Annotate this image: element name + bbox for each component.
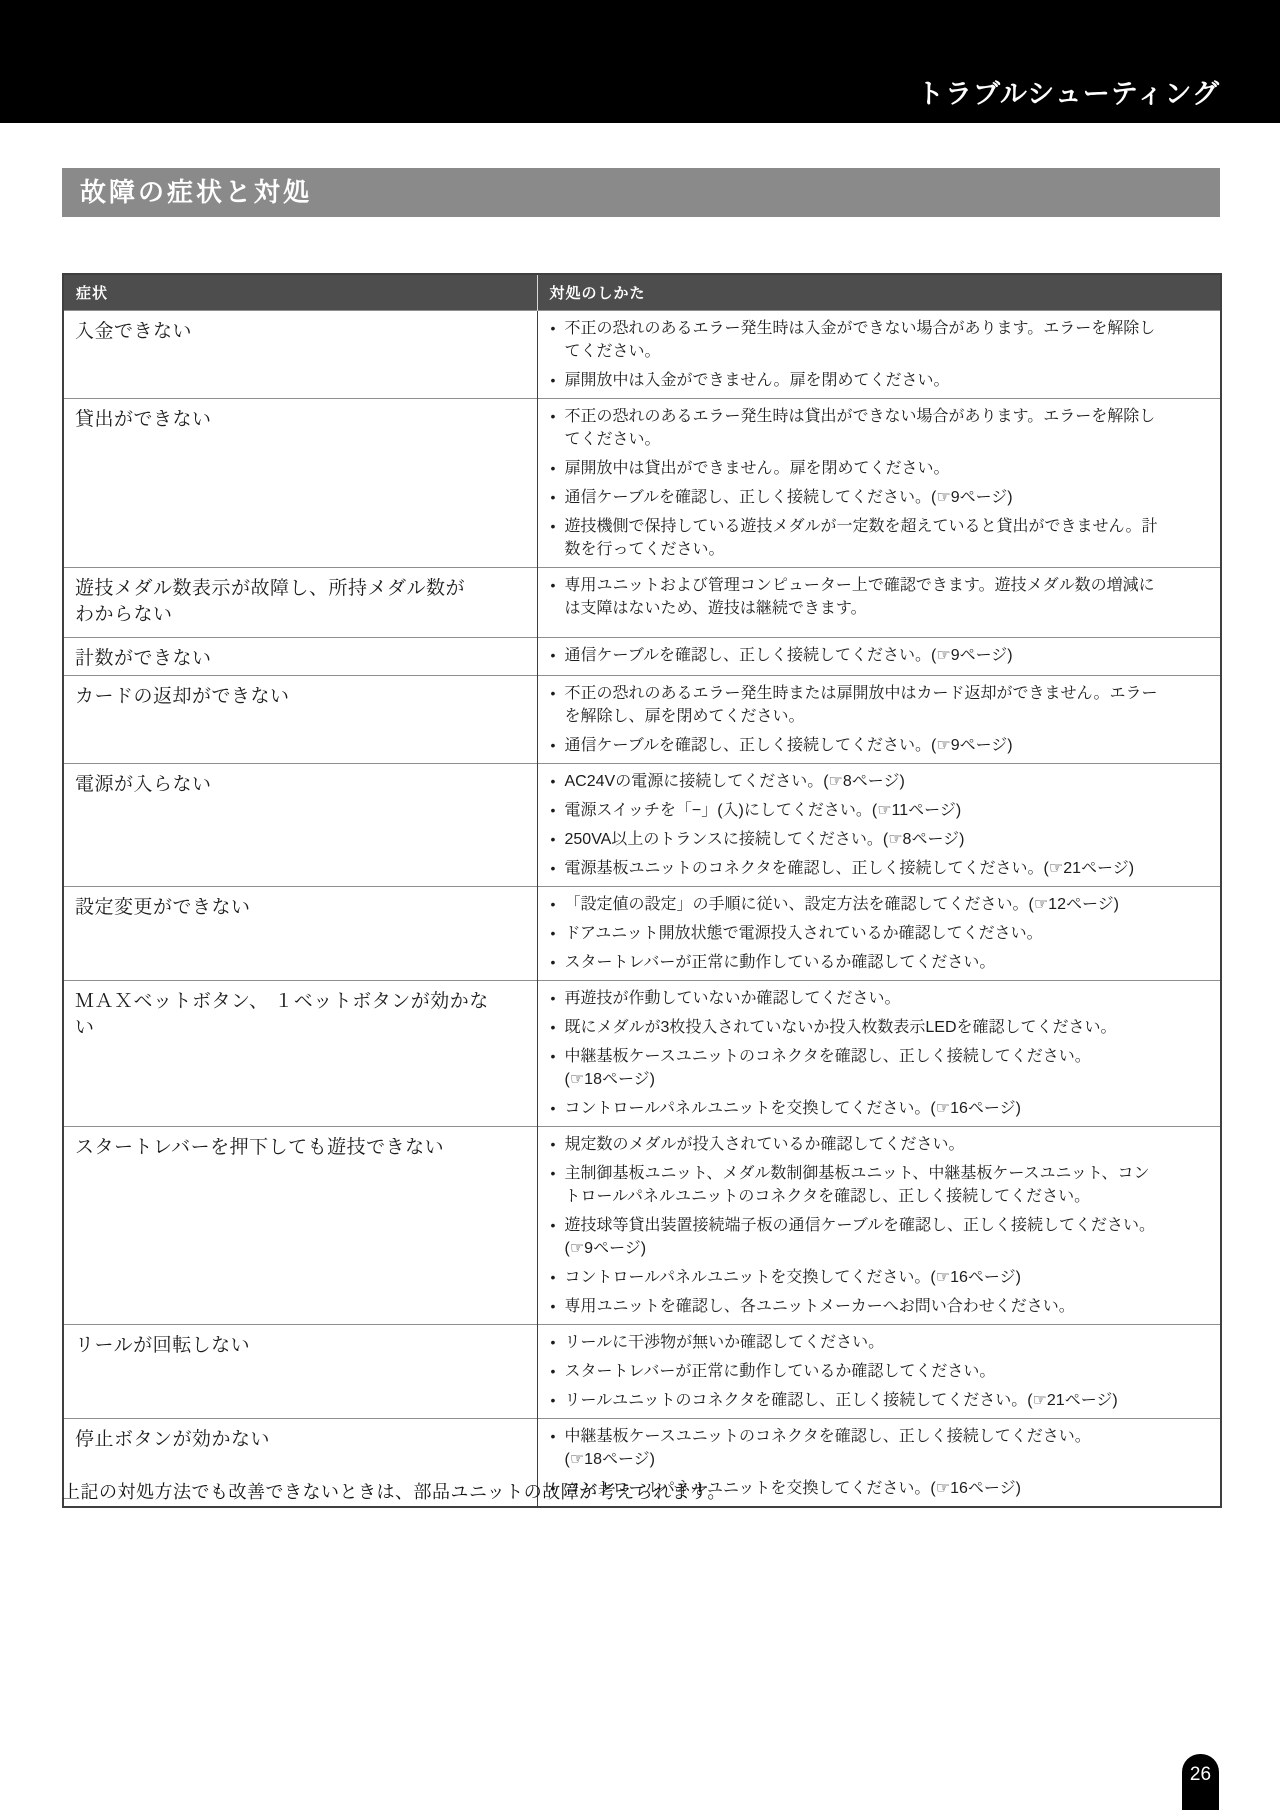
bullet-dot-icon: • [551,405,565,428]
bullet-dot-icon: • [551,1097,565,1120]
bullet-dot-icon: • [551,574,565,597]
bullet-text: 不正の恐れのあるエラー発生時または扉開放中はカード返却ができません。エラー を解… [565,682,1158,728]
bullet-dot-icon: • [551,1045,565,1068]
table-row: 入金できない•不正の恐れのあるエラー発生時は入金ができない場合があります。エラー… [63,311,1221,399]
bullet-text: 中継基板ケースユニットのコネクタを確認し、正しく接続してください。 (☞18ペー… [565,1425,1091,1471]
bullet-text: スタートレバーが正常に動作しているか確認してください。 [565,1360,996,1383]
page-title: トラブルシューティング [917,72,1220,111]
bullet-item: •専用ユニットを確認し、各ユニットメーカーへお問い合わせください。 [551,1295,1213,1318]
bullet-text: 不正の恐れのあるエラー発生時は貸出ができない場合があります。エラーを解除し てく… [565,405,1156,451]
bullet-item: •通信ケーブルを確認し、正しく接続してください。(☞9ページ) [551,486,1213,509]
page-number-tab: 26 [1182,1754,1219,1810]
remedy-cell: •不正の恐れのあるエラー発生時は貸出ができない場合があります。エラーを解除し て… [537,399,1221,568]
bullet-text: AC24Vの電源に接続してください。(☞8ページ) [565,770,905,793]
remedy-cell: •再遊技が作動していないか確認してください。•既にメダルが3枚投入されていないか… [537,981,1221,1127]
bullet-dot-icon: • [551,922,565,945]
symptom-column-header: 症状 [63,274,537,311]
bullet-dot-icon: • [551,828,565,851]
bullet-text: 専用ユニットを確認し、各ユニットメーカーへお問い合わせください。 [565,1295,1075,1318]
bullet-item: •遊技機側で保持している遊技メダルが一定数を超えていると貸出ができません。計 数… [551,515,1213,561]
bullet-text: ドアユニット開放状態で電源投入されているか確認してください。 [565,922,1043,945]
symptom-cell: カードの返却ができない [63,676,537,764]
bullet-text: 遊技球等貸出装置接続端子板の通信ケーブルを確認し、正しく接続してください。 (☞… [565,1214,1156,1260]
bullet-text: 既にメダルが3枚投入されていないか投入枚数表示LEDを確認してください。 [565,1016,1117,1039]
table-row: リールが回転しない•リールに干渉物が無いか確認してください。•スタートレバーが正… [63,1325,1221,1419]
bullet-item: •「設定値の設定」の手順に従い、設定方法を確認してください。(☞12ページ) [551,893,1213,916]
bullet-dot-icon: • [551,893,565,916]
bullet-dot-icon: • [551,770,565,793]
table-row: 電源が入らない•AC24Vの電源に接続してください。(☞8ページ)•電源スイッチ… [63,764,1221,887]
remedy-cell: •不正の恐れのあるエラー発生時は入金ができない場合があります。エラーを解除し て… [537,311,1221,399]
bullet-text: 250VA以上のトランスに接続してください。(☞8ページ) [565,828,965,851]
bullet-item: •通信ケーブルを確認し、正しく接続してください。(☞9ページ) [551,734,1213,757]
bullet-text: 扉開放中は入金ができません。扉を閉めてください。 [565,369,950,392]
symptom-cell: 遊技メダル数表示が故障し、所持メダル数が わからない [63,568,537,638]
bullet-text: 電源スイッチを「−」(入)にしてください。(☞11ページ) [565,799,962,822]
symptom-cell: リールが回転しない [63,1325,537,1419]
bullet-item: •通信ケーブルを確認し、正しく接続してください。(☞9ページ) [551,644,1213,667]
table-row: カードの返却ができない•不正の恐れのあるエラー発生時または扉開放中はカード返却が… [63,676,1221,764]
bullet-text: 規定数のメダルが投入されているか確認してください。 [565,1133,965,1156]
bullet-dot-icon: • [551,1295,565,1318]
symptom-cell: 貸出ができない [63,399,537,568]
bullet-item: •リールユニットのコネクタを確認し、正しく接続してください。(☞21ページ) [551,1389,1213,1412]
bullet-dot-icon: • [551,1331,565,1354]
bullet-dot-icon: • [551,1162,565,1185]
bullet-item: •扉開放中は入金ができません。扉を閉めてください。 [551,369,1213,392]
symptom-cell: スタートレバーを押下しても遊技できない [63,1127,537,1325]
bullet-item: •電源スイッチを「−」(入)にしてください。(☞11ページ) [551,799,1213,822]
manual-page: トラブルシューティング 故障の症状と対処 症状 対処のしかた 入金できない•不正… [0,0,1280,1810]
bullet-item: •再遊技が作動していないか確認してください。 [551,987,1213,1010]
remedy-cell: •専用ユニットおよび管理コンピューター上で確認できます。遊技メダル数の増減に は… [537,568,1221,638]
bullet-dot-icon: • [551,1360,565,1383]
bullet-item: •規定数のメダルが投入されているか確認してください。 [551,1133,1213,1156]
bullet-item: •中継基板ケースユニットのコネクタを確認し、正しく接続してください。 (☞18ペ… [551,1425,1213,1471]
bullet-dot-icon: • [551,682,565,705]
bullet-dot-icon: • [551,951,565,974]
bullet-item: •不正の恐れのあるエラー発生時または扉開放中はカード返却ができません。エラー を… [551,682,1213,728]
bullet-dot-icon: • [551,317,565,340]
bullet-item: •コントロールパネルユニットを交換してください。(☞16ページ) [551,1097,1213,1120]
bullet-text: 中継基板ケースユニットのコネクタを確認し、正しく接続してください。 (☞18ペー… [565,1045,1091,1091]
bullet-item: •コントロールパネルユニットを交換してください。(☞16ページ) [551,1266,1213,1289]
symptom-cell: 入金できない [63,311,537,399]
bullet-item: •不正の恐れのあるエラー発生時は入金ができない場合があります。エラーを解除し て… [551,317,1213,363]
footer-note: 上記の対処方法でも改善できないときは、部品ユニットの故障が考えられます。 [62,1478,726,1504]
section-header-bar: 故障の症状と対処 [62,168,1220,217]
bullet-dot-icon: • [551,734,565,757]
bullet-text: 遊技機側で保持している遊技メダルが一定数を超えていると貸出ができません。計 数を… [565,515,1158,561]
table-row: 設定変更ができない•「設定値の設定」の手順に従い、設定方法を確認してください。(… [63,887,1221,981]
bullet-text: スタートレバーが正常に動作しているか確認してください。 [565,951,996,974]
bullet-item: •扉開放中は貸出ができません。扉を閉めてください。 [551,457,1213,480]
bullet-item: •ドアユニット開放状態で電源投入されているか確認してください。 [551,922,1213,945]
symptom-cell: 電源が入らない [63,764,537,887]
remedy-cell: •通信ケーブルを確認し、正しく接続してください。(☞9ページ) [537,638,1221,676]
bullet-text: 「設定値の設定」の手順に従い、設定方法を確認してください。(☞12ページ) [565,893,1119,916]
bullet-dot-icon: • [551,515,565,538]
bullet-dot-icon: • [551,369,565,392]
bullet-text: コントロールパネルユニットを交換してください。(☞16ページ) [565,1266,1021,1289]
bullet-item: •スタートレバーが正常に動作しているか確認してください。 [551,951,1213,974]
remedy-column-header: 対処のしかた [537,274,1221,311]
table-row: 計数ができない•通信ケーブルを確認し、正しく接続してください。(☞9ページ) [63,638,1221,676]
remedy-cell: •リールに干渉物が無いか確認してください。•スタートレバーが正常に動作しているか… [537,1325,1221,1419]
bullet-dot-icon: • [551,1016,565,1039]
bullet-text: 電源基板ユニットのコネクタを確認し、正しく接続してください。(☞21ページ) [565,857,1135,880]
bullet-item: •遊技球等貸出装置接続端子板の通信ケーブルを確認し、正しく接続してください。 (… [551,1214,1213,1260]
table-row: スタートレバーを押下しても遊技できない•規定数のメダルが投入されているか確認して… [63,1127,1221,1325]
symptom-cell: 設定変更ができない [63,887,537,981]
bullet-item: •AC24Vの電源に接続してください。(☞8ページ) [551,770,1213,793]
bullet-dot-icon: • [551,1425,565,1448]
table-row: 貸出ができない•不正の恐れのあるエラー発生時は貸出ができない場合があります。エラ… [63,399,1221,568]
remedy-cell: •不正の恐れのあるエラー発生時または扉開放中はカード返却ができません。エラー を… [537,676,1221,764]
bullet-item: •主制御基板ユニット、メダル数制御基板ユニット、中継基板ケースユニット、コン ト… [551,1162,1213,1208]
bullet-text: コントロールパネルユニットを交換してください。(☞16ページ) [565,1097,1021,1120]
bullet-text: 通信ケーブルを確認し、正しく接続してください。(☞9ページ) [565,486,1013,509]
bullet-item: •既にメダルが3枚投入されていないか投入枚数表示LEDを確認してください。 [551,1016,1213,1039]
bullet-dot-icon: • [551,1266,565,1289]
bullet-item: •リールに干渉物が無いか確認してください。 [551,1331,1213,1354]
bullet-text: リールユニットのコネクタを確認し、正しく接続してください。(☞21ページ) [565,1389,1118,1412]
table-header-row: 症状 対処のしかた [63,274,1221,311]
bullet-text: 専用ユニットおよび管理コンピューター上で確認できます。遊技メダル数の増減に は支… [565,574,1155,620]
remedy-cell: •AC24Vの電源に接続してください。(☞8ページ)•電源スイッチを「−」(入)… [537,764,1221,887]
top-black-band: トラブルシューティング [0,0,1280,123]
table-row: ＭＡＸベットボタン、 １ベットボタンが効かな い•再遊技が作動していないか確認し… [63,981,1221,1127]
table-row: 遊技メダル数表示が故障し、所持メダル数が わからない•専用ユニットおよび管理コン… [63,568,1221,638]
bullet-dot-icon: • [551,799,565,822]
bullet-text: 不正の恐れのあるエラー発生時は入金ができない場合があります。エラーを解除し てく… [565,317,1156,363]
bullet-item: •専用ユニットおよび管理コンピューター上で確認できます。遊技メダル数の増減に は… [551,574,1213,620]
section-title: 故障の症状と対処 [62,168,1220,217]
page-number: 26 [1182,1765,1219,1785]
bullet-dot-icon: • [551,1133,565,1156]
bullet-dot-icon: • [551,1214,565,1237]
remedy-cell: •「設定値の設定」の手順に従い、設定方法を確認してください。(☞12ページ)•ド… [537,887,1221,981]
symptom-cell: ＭＡＸベットボタン、 １ベットボタンが効かな い [63,981,537,1127]
troubleshooting-table: 症状 対処のしかた 入金できない•不正の恐れのあるエラー発生時は入金ができない場… [62,273,1222,1508]
bullet-dot-icon: • [551,644,565,667]
bullet-item: •不正の恐れのあるエラー発生時は貸出ができない場合があります。エラーを解除し て… [551,405,1213,451]
bullet-text: リールに干渉物が無いか確認してください。 [565,1331,885,1354]
bullet-text: 主制御基板ユニット、メダル数制御基板ユニット、中継基板ケースユニット、コン トロ… [565,1162,1150,1208]
bullet-item: •中継基板ケースユニットのコネクタを確認し、正しく接続してください。 (☞18ペ… [551,1045,1213,1091]
bullet-dot-icon: • [551,486,565,509]
symptom-cell: 計数ができない [63,638,537,676]
bullet-item: •電源基板ユニットのコネクタを確認し、正しく接続してください。(☞21ページ) [551,857,1213,880]
remedy-cell: •規定数のメダルが投入されているか確認してください。•主制御基板ユニット、メダル… [537,1127,1221,1325]
bullet-dot-icon: • [551,857,565,880]
bullet-dot-icon: • [551,1389,565,1412]
bullet-text: 通信ケーブルを確認し、正しく接続してください。(☞9ページ) [565,644,1013,667]
bullet-text: 扉開放中は貸出ができません。扉を閉めてください。 [565,457,950,480]
bullet-item: •250VA以上のトランスに接続してください。(☞8ページ) [551,828,1213,851]
bullet-dot-icon: • [551,457,565,480]
bullet-item: •スタートレバーが正常に動作しているか確認してください。 [551,1360,1213,1383]
bullet-dot-icon: • [551,987,565,1010]
bullet-text: 再遊技が作動していないか確認してください。 [565,987,901,1010]
bullet-text: 通信ケーブルを確認し、正しく接続してください。(☞9ページ) [565,734,1013,757]
